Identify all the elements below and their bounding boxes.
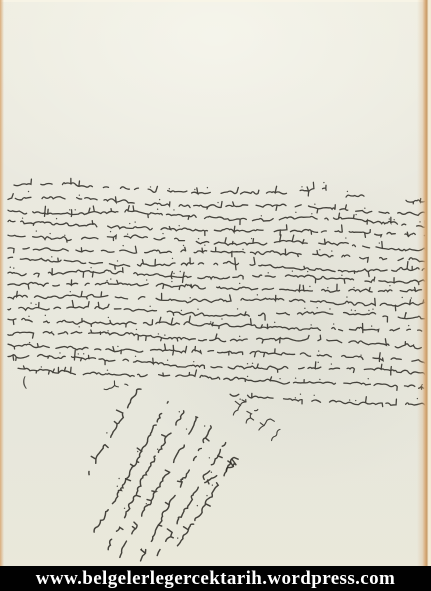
handwriting-ink-layer bbox=[0, 0, 431, 566]
document-scan: ( www.belgelerlegercektarih.wordpress.co… bbox=[0, 0, 431, 591]
scan-edge-top bbox=[0, 0, 431, 2]
scan-edge-left bbox=[0, 0, 4, 566]
scan-edge-right bbox=[417, 0, 431, 566]
watermark-url-text: www.belgelerlegercektarih.wordpress.com bbox=[36, 568, 395, 590]
watermark-bar: www.belgelerlegercektarih.wordpress.com bbox=[0, 566, 431, 591]
